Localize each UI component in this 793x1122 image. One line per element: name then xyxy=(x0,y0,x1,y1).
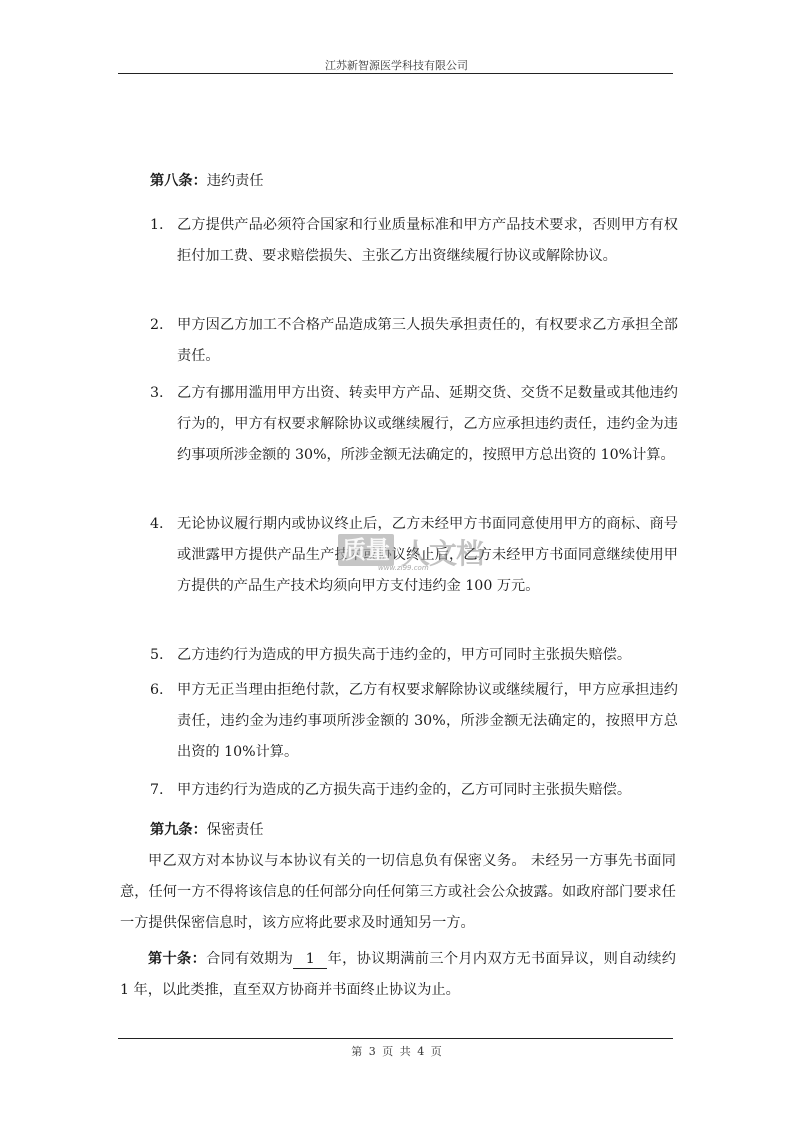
article-10-label: 第十条： xyxy=(148,951,206,967)
item-text: 甲方违约行为造成的乙方损失高于违约金的，乙方可同时主张损失赔偿。 xyxy=(177,775,678,806)
item-text: 甲方因乙方加工不合格产品造成第三人损失承担责任的，有权要求乙方承担全部责任。 xyxy=(177,310,678,372)
article-8-heading: 第八条：违约责任 xyxy=(150,170,264,190)
item-number: 3. xyxy=(150,378,174,409)
page-number: 第 3 页 共 4 页 xyxy=(0,1043,793,1059)
article-8-item-2: 2. 甲方因乙方加工不合格产品造成第三人损失承担责任的，有权要求乙方承担全部责任… xyxy=(150,310,678,372)
footer-divider xyxy=(118,1038,673,1039)
item-text: 甲方无正当理由拒绝付款，乙方有权要求解除协议或继续履行，甲方应承担违约责任，违约… xyxy=(177,675,678,768)
article-9-label: 第九条： xyxy=(150,822,207,838)
article-8-item-1: 1. 乙方提供产品必须符合国家和行业质量标准和甲方产品技术要求，否则甲方有权拒付… xyxy=(150,210,678,272)
header-divider xyxy=(118,73,673,74)
page-header-company: 江苏新智源医学科技有限公司 xyxy=(0,57,793,73)
article-8-item-4: 4. 无论协议履行期内或协议终止后，乙方未经甲方书面同意使用甲方的商标、商号或泄… xyxy=(150,509,678,602)
item-number: 4. xyxy=(150,509,174,540)
term-years-blank: 1 xyxy=(293,950,327,969)
article-8-item-5: 5. 乙方违约行为造成的甲方损失高于违约金的，甲方可同时主张损失赔偿。 xyxy=(150,640,678,671)
article-10-text-before: 合同有效期为 xyxy=(206,951,293,967)
item-text: 无论协议履行期内或协议终止后，乙方未经甲方书面同意使用甲方的商标、商号或泄露甲方… xyxy=(177,509,678,602)
item-text: 乙方有挪用滥用甲方出资、转卖甲方产品、延期交货、交货不足数量或其他违约行为的，甲… xyxy=(177,378,678,471)
article-9-title: 保密责任 xyxy=(207,822,264,838)
item-number: 2. xyxy=(150,310,174,341)
article-8-label: 第八条： xyxy=(150,173,207,189)
article-8-item-6: 6. 甲方无正当理由拒绝付款，乙方有权要求解除协议或继续履行，甲方应承担违约责任… xyxy=(150,675,678,768)
article-9-heading: 第九条：保密责任 xyxy=(150,815,264,846)
item-text: 乙方违约行为造成的甲方损失高于违约金的，甲方可同时主张损失赔偿。 xyxy=(177,640,678,671)
item-number: 1. xyxy=(150,210,174,241)
article-8-item-7: 7. 甲方违约行为造成的乙方损失高于违约金的，乙方可同时主张损失赔偿。 xyxy=(150,775,678,806)
item-number: 7. xyxy=(150,775,174,806)
article-10-paragraph: 第十条：合同有效期为1年，协议期满前三个月内双方无书面异议，则自动续约 1 年，… xyxy=(120,944,676,1006)
article-8-item-3: 3. 乙方有挪用滥用甲方出资、转卖甲方产品、延期交货、交货不足数量或其他违约行为… xyxy=(150,378,678,471)
item-text: 乙方提供产品必须符合国家和行业质量标准和甲方产品技术要求，否则甲方有权拒付加工费… xyxy=(177,210,678,272)
item-number: 5. xyxy=(150,640,174,671)
article-9-body: 甲乙双方对本协议与本协议有关的一切信息负有保密义务。 未经另一方事先书面同意，任… xyxy=(120,846,676,939)
item-number: 6. xyxy=(150,675,174,706)
article-8-title: 违约责任 xyxy=(207,173,264,189)
